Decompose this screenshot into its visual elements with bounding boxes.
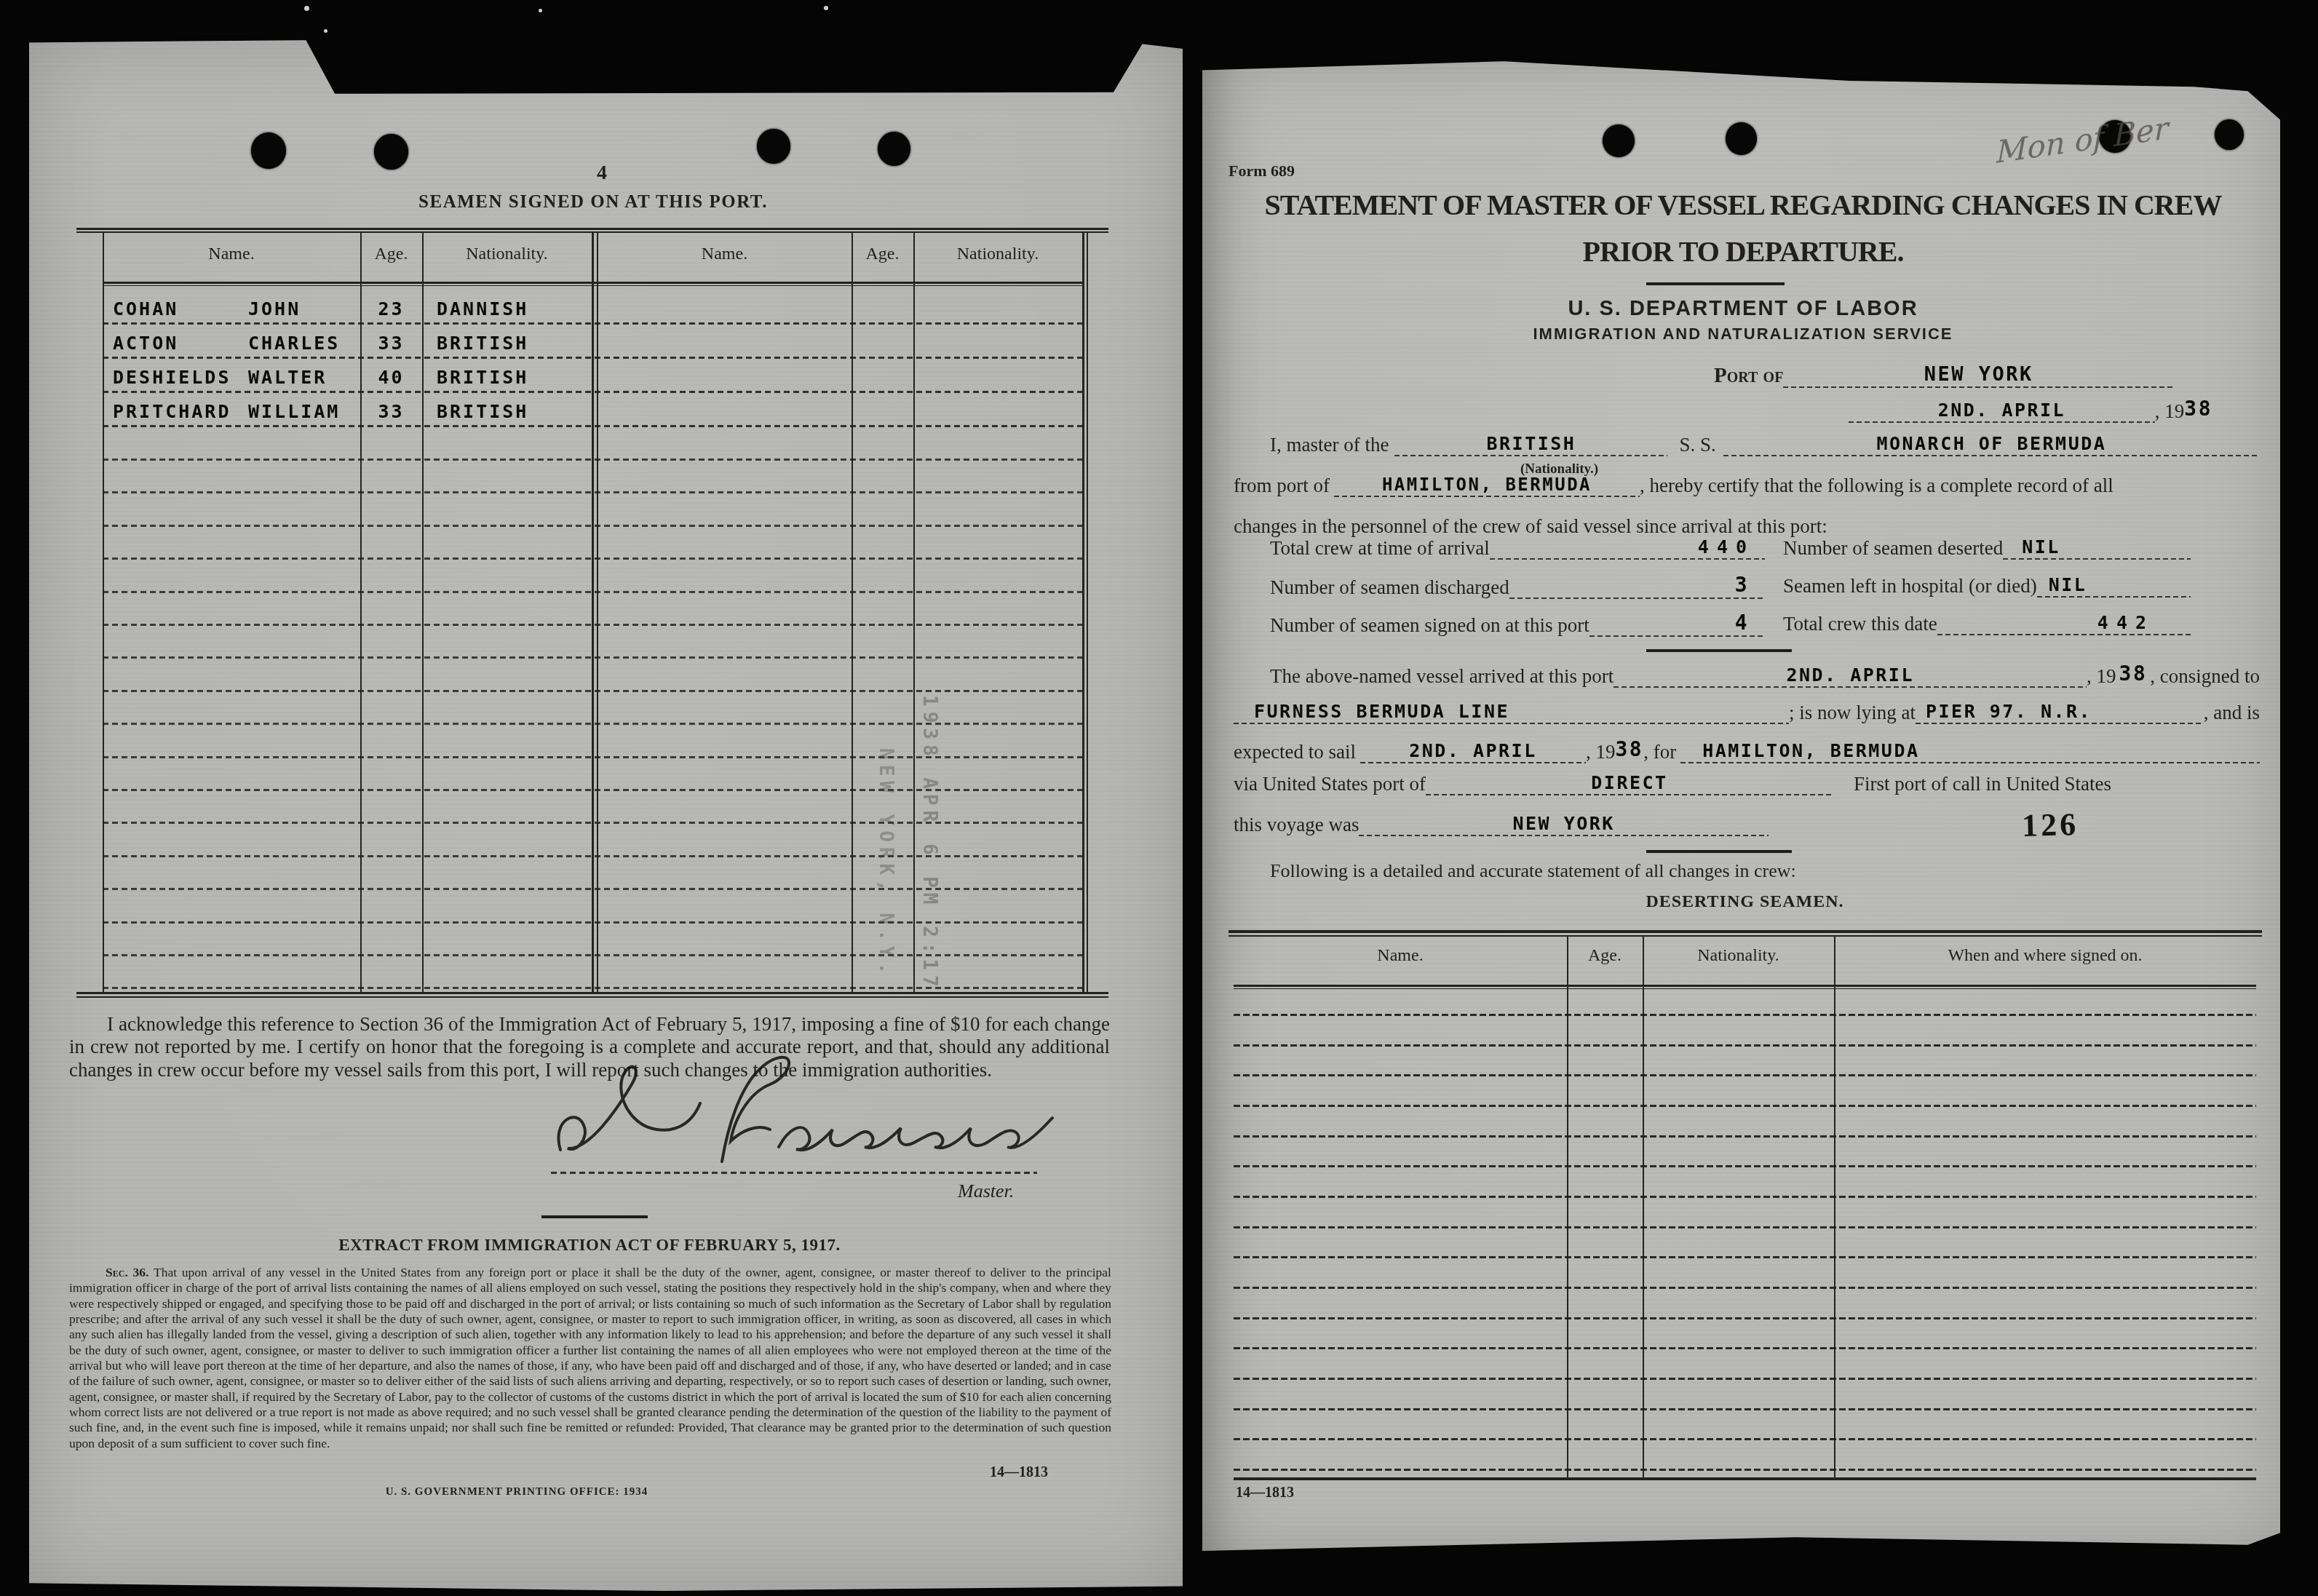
- form-title-line2: PRIOR TO DEPARTURE.: [1237, 234, 2249, 269]
- empty-row-rule: [103, 525, 1082, 527]
- and-is-label: , and is: [2204, 702, 2260, 724]
- stat-arrival-value: 440: [1698, 536, 1755, 557]
- sail-destination-value: HAMILTON, BERMUDA: [1702, 740, 1919, 761]
- film-speck: [324, 29, 328, 33]
- seamen-cell: 40: [360, 367, 422, 388]
- empty-row-rule: [1234, 1226, 2256, 1228]
- stat-arrival-field: 440: [1490, 539, 1765, 560]
- punch-hole: [374, 134, 408, 170]
- consignee-line: FURNESS BERMUDA LINE ; is now lying at P…: [1234, 702, 2260, 724]
- arrived-date-field: 2ND. APRIL: [1614, 667, 2087, 688]
- port-label: Port of: [1714, 364, 1783, 388]
- sail-year-printed: , 19: [1586, 741, 1616, 763]
- changes-line: changes in the personnel of the crew of …: [1234, 515, 1827, 538]
- via-field: DIRECT: [1426, 774, 1833, 795]
- seamen-cell: DESHIELDS: [113, 367, 231, 388]
- stat-signed-value: 4: [1735, 611, 1749, 635]
- seamen-cell: 23: [360, 298, 422, 319]
- sail-for-label: , for: [1643, 741, 1676, 763]
- stat-hospital-label: Seamen left in hospital (or died): [1783, 575, 2037, 597]
- department-heading: U. S. DEPARTMENT OF LABOR: [1237, 297, 2249, 321]
- empty-row-rule: [1234, 1196, 2256, 1198]
- date-received-stamp: NEW YORK, N.Y.: [875, 748, 897, 979]
- column-header-name: Name.: [103, 245, 360, 264]
- seamen-row: PRITCHARDWILLIAM33BRITISH: [103, 401, 1082, 427]
- empty-row-rule: [1234, 1378, 2256, 1380]
- sail-date-value: 2ND. APRIL: [1409, 740, 1537, 761]
- stat-discharged-value: 3: [1735, 573, 1749, 597]
- column-header-age: Age.: [852, 245, 913, 264]
- stat-deserted: Number of seamen deserted NIL: [1783, 537, 2191, 560]
- page-number: 4: [597, 162, 607, 185]
- arrived-line: The above-named vessel arrived at this p…: [1270, 664, 2260, 688]
- column-header-age: Age.: [360, 245, 422, 264]
- empty-row-rule: [103, 491, 1082, 493]
- empty-row-rule: [1234, 1347, 2256, 1349]
- seamen-cell: PRITCHARD: [113, 401, 231, 422]
- date-received-stamp: 1938 APR 6 PM 2:17: [918, 695, 940, 992]
- sail-pre: expected to sail: [1234, 741, 1356, 763]
- seamen-row: COHANJOHN23DANNISH: [103, 298, 1082, 325]
- printer-imprint: U. S. GOVERNMENT PRINTING OFFICE: 1934: [69, 1486, 964, 1498]
- section-36-body: That upon arrival of any vessel in the U…: [69, 1265, 1111, 1450]
- arrived-post: , consigned to: [2150, 665, 2260, 688]
- stat-hospital-value: NIL: [2049, 574, 2087, 595]
- date-line: 2ND. APRIL , 19 38: [1849, 399, 2212, 423]
- stat-arrival: Total crew at time of arrival 440: [1270, 537, 1765, 560]
- left-table-title: SEAMEN SIGNED ON AT THIS PORT.: [291, 192, 895, 213]
- row-rule: [103, 322, 1082, 325]
- arrived-pre: The above-named vessel arrived at this p…: [1270, 665, 1614, 688]
- punch-hole: [1603, 124, 1635, 157]
- empty-row-rule: [103, 624, 1082, 626]
- pier-field: PIER 97. N.R.: [1916, 703, 2204, 724]
- seamen-cell: JOHN: [248, 298, 301, 319]
- column-header-when-where: When and where signed on.: [1834, 946, 2256, 966]
- via-line: via United States port of DIRECT First p…: [1234, 773, 2260, 795]
- empty-row-rule: [103, 591, 1082, 593]
- empty-row-rule: [1234, 1044, 2256, 1047]
- consignee-field: FURNESS BERMUDA LINE: [1234, 703, 1789, 724]
- stat-hospital-field: NIL: [2037, 576, 2191, 597]
- following-line: Following is a detailed and accurate sta…: [1270, 860, 1796, 882]
- stat-discharged-field: 3: [1509, 575, 1765, 599]
- row-rule: [103, 425, 1082, 427]
- from-port-post: , hereby certify that the following is a…: [1640, 475, 2113, 497]
- film-speck: [824, 6, 828, 10]
- voyage-line: this voyage was NEW YORK: [1234, 814, 1769, 836]
- seamen-cell: DANNISH: [437, 298, 528, 319]
- section-divider: [541, 1215, 648, 1218]
- form-title-line1: STATEMENT OF MASTER OF VESSEL REGARDING …: [1237, 188, 2249, 222]
- column-header-nationality: Nationality.: [1643, 946, 1834, 966]
- form-code: 14—1813: [946, 1464, 1048, 1481]
- seamen-row: DESHIELDSWALTER40BRITISH: [103, 367, 1082, 393]
- via-value: DIRECT: [1591, 772, 1667, 793]
- sail-line: expected to sail 2ND. APRIL , 19 38 , fo…: [1234, 739, 2260, 763]
- nationality-value: BRITISH: [1487, 433, 1576, 454]
- column-header-nationality: Nationality.: [913, 245, 1082, 264]
- nationality-field: BRITISH: [1394, 435, 1667, 456]
- date-field: 2ND. APRIL: [1849, 402, 2155, 423]
- stat-arrival-label: Total crew at time of arrival: [1270, 537, 1490, 560]
- port-line: Port of NEW YORK: [1714, 364, 2174, 388]
- voyage-value: NEW YORK: [1513, 813, 1615, 834]
- section-36-paragraph: Sec. 36. That upon arrival of any vessel…: [69, 1265, 1111, 1451]
- seamen-cell: 33: [360, 401, 422, 422]
- vessel-value: MONARCH OF BERMUDA: [1876, 433, 2106, 454]
- master-line-pre: I, master of the: [1270, 434, 1389, 456]
- stat-signed-field: 4: [1589, 613, 1765, 637]
- sail-destination-field: HAMILTON, BERMUDA: [1680, 742, 2260, 763]
- scanned-document: 4 SEAMEN SIGNED ON AT THIS PORT. Name. A…: [0, 0, 2318, 1596]
- deserting-seamen-heading: DESERTING SEAMEN.: [1234, 892, 2256, 912]
- right-page-paper: [1202, 57, 2280, 1554]
- seamen-cell: BRITISH: [437, 401, 528, 422]
- year-printed: , 19: [2155, 400, 2185, 423]
- seamen-cell: BRITISH: [437, 367, 528, 388]
- row-rule: [103, 391, 1082, 393]
- empty-row-rule: [1234, 1317, 2256, 1319]
- empty-row-rule: [1234, 1469, 2256, 1471]
- form-number: Form 689: [1229, 162, 1295, 180]
- stat-discharged-label: Number of seamen discharged: [1270, 576, 1509, 599]
- via-post: First port of call in United States: [1854, 773, 2111, 795]
- stat-deserted-field: NIL: [2003, 539, 2191, 560]
- empty-row-rule: [1234, 1165, 2256, 1167]
- master-label: Master.: [958, 1180, 1014, 1202]
- stat-total-field: 442: [1937, 614, 2191, 635]
- seamen-cell: WALTER: [248, 367, 327, 388]
- stats-divider: [1646, 649, 1792, 652]
- voyage-pre: this voyage was: [1234, 814, 1359, 836]
- punch-hole: [1726, 122, 1757, 155]
- stat-signed-label: Number of seamen signed on at this port: [1270, 614, 1589, 637]
- seamen-cell: ACTON: [113, 333, 178, 354]
- film-speck: [304, 6, 309, 11]
- vessel-field: MONARCH OF BERMUDA: [1723, 435, 2260, 456]
- form-code: 14—1813: [1236, 1485, 1294, 1501]
- extract-heading: EXTRACT FROM IMMIGRATION ACT OF FEBRUARY…: [69, 1236, 1110, 1255]
- column-header-age: Age.: [1567, 946, 1643, 966]
- empty-row-rule: [1234, 1105, 2256, 1107]
- empty-row-rule: [103, 656, 1082, 659]
- via-pre: via United States port of: [1234, 773, 1426, 795]
- empty-row-rule: [1234, 1408, 2256, 1410]
- year-typed: 38: [2184, 397, 2212, 421]
- sail-date-field: 2ND. APRIL: [1360, 742, 1586, 763]
- empty-row-rule: [1234, 1256, 2256, 1258]
- stat-total-label: Total crew this date: [1783, 613, 1937, 635]
- from-port-field: HAMILTON, BERMUDA: [1334, 477, 1640, 497]
- pier-value: PIER 97. N.R.: [1926, 701, 2092, 722]
- stat-deserted-value: NIL: [2022, 536, 2060, 557]
- punch-hole: [878, 132, 910, 166]
- stat-deserted-label: Number of seamen deserted: [1783, 537, 2003, 560]
- from-port-value: HAMILTON, BERMUDA: [1382, 475, 1592, 495]
- stat-total: Total crew this date 442: [1783, 613, 2191, 635]
- stat-discharged: Number of seamen discharged 3: [1270, 575, 1765, 599]
- title-divider: [1646, 282, 1785, 285]
- voyage-field: NEW YORK: [1359, 815, 1769, 836]
- voyage-divider: [1646, 850, 1792, 853]
- seamen-cell: CHARLES: [248, 333, 340, 354]
- empty-row-rule: [1234, 1287, 2256, 1289]
- stat-signed-on: Number of seamen signed on at this port …: [1270, 613, 1765, 637]
- punch-hole: [757, 129, 790, 164]
- empty-row-rule: [103, 557, 1082, 560]
- arrived-year-typed: 38: [2119, 662, 2148, 686]
- column-header-name: Name.: [1234, 946, 1567, 966]
- seamen-cell: BRITISH: [437, 333, 528, 354]
- column-header-nationality: Nationality.: [422, 245, 592, 264]
- page-stamp-number: 126: [2021, 806, 2079, 844]
- date-value: 2ND. APRIL: [1938, 400, 2066, 421]
- seamen-cell: COHAN: [113, 298, 178, 319]
- empty-row-rule: [103, 690, 1082, 692]
- stat-total-value: 442: [2097, 612, 2154, 633]
- port-value: NEW YORK: [1924, 363, 2033, 386]
- ss-label: S. S.: [1679, 434, 1715, 456]
- seamen-row: ACTONCHARLES33BRITISH: [103, 333, 1082, 359]
- signature-line: [551, 1172, 1037, 1174]
- arrived-year-printed: , 19: [2087, 665, 2116, 688]
- empty-row-rule: [103, 458, 1082, 461]
- film-speck: [539, 9, 542, 12]
- master-line: I, master of the BRITISH S. S. MONARCH O…: [1270, 434, 2260, 456]
- sail-year-typed: 38: [1615, 737, 1643, 761]
- punch-hole: [251, 132, 286, 169]
- empty-row-rule: [1234, 1014, 2256, 1016]
- empty-row-rule: [1234, 1438, 2256, 1440]
- punch-hole: [2215, 119, 2244, 150]
- port-field: NEW YORK: [1783, 365, 2174, 388]
- from-port-pre: from port of: [1234, 475, 1330, 497]
- lying-at-label: ; is now lying at: [1789, 702, 1916, 724]
- section-36-lead: Sec. 36.: [106, 1265, 148, 1279]
- empty-row-rule: [1234, 1135, 2256, 1138]
- row-rule: [103, 357, 1082, 359]
- service-heading: IMMIGRATION AND NATURALIZATION SERVICE: [1237, 325, 2249, 344]
- seamen-cell: 33: [360, 333, 422, 354]
- from-port-line: from port of HAMILTON, BERMUDA , hereby …: [1234, 475, 2260, 497]
- stat-hospital: Seamen left in hospital (or died) NIL: [1783, 575, 2191, 597]
- arrived-date-value: 2ND. APRIL: [1786, 664, 1914, 686]
- empty-row-rule: [1234, 1074, 2256, 1076]
- seamen-cell: WILLIAM: [248, 401, 340, 422]
- consignee-value: FURNESS BERMUDA LINE: [1254, 701, 1509, 722]
- column-header-name: Name.: [598, 245, 852, 264]
